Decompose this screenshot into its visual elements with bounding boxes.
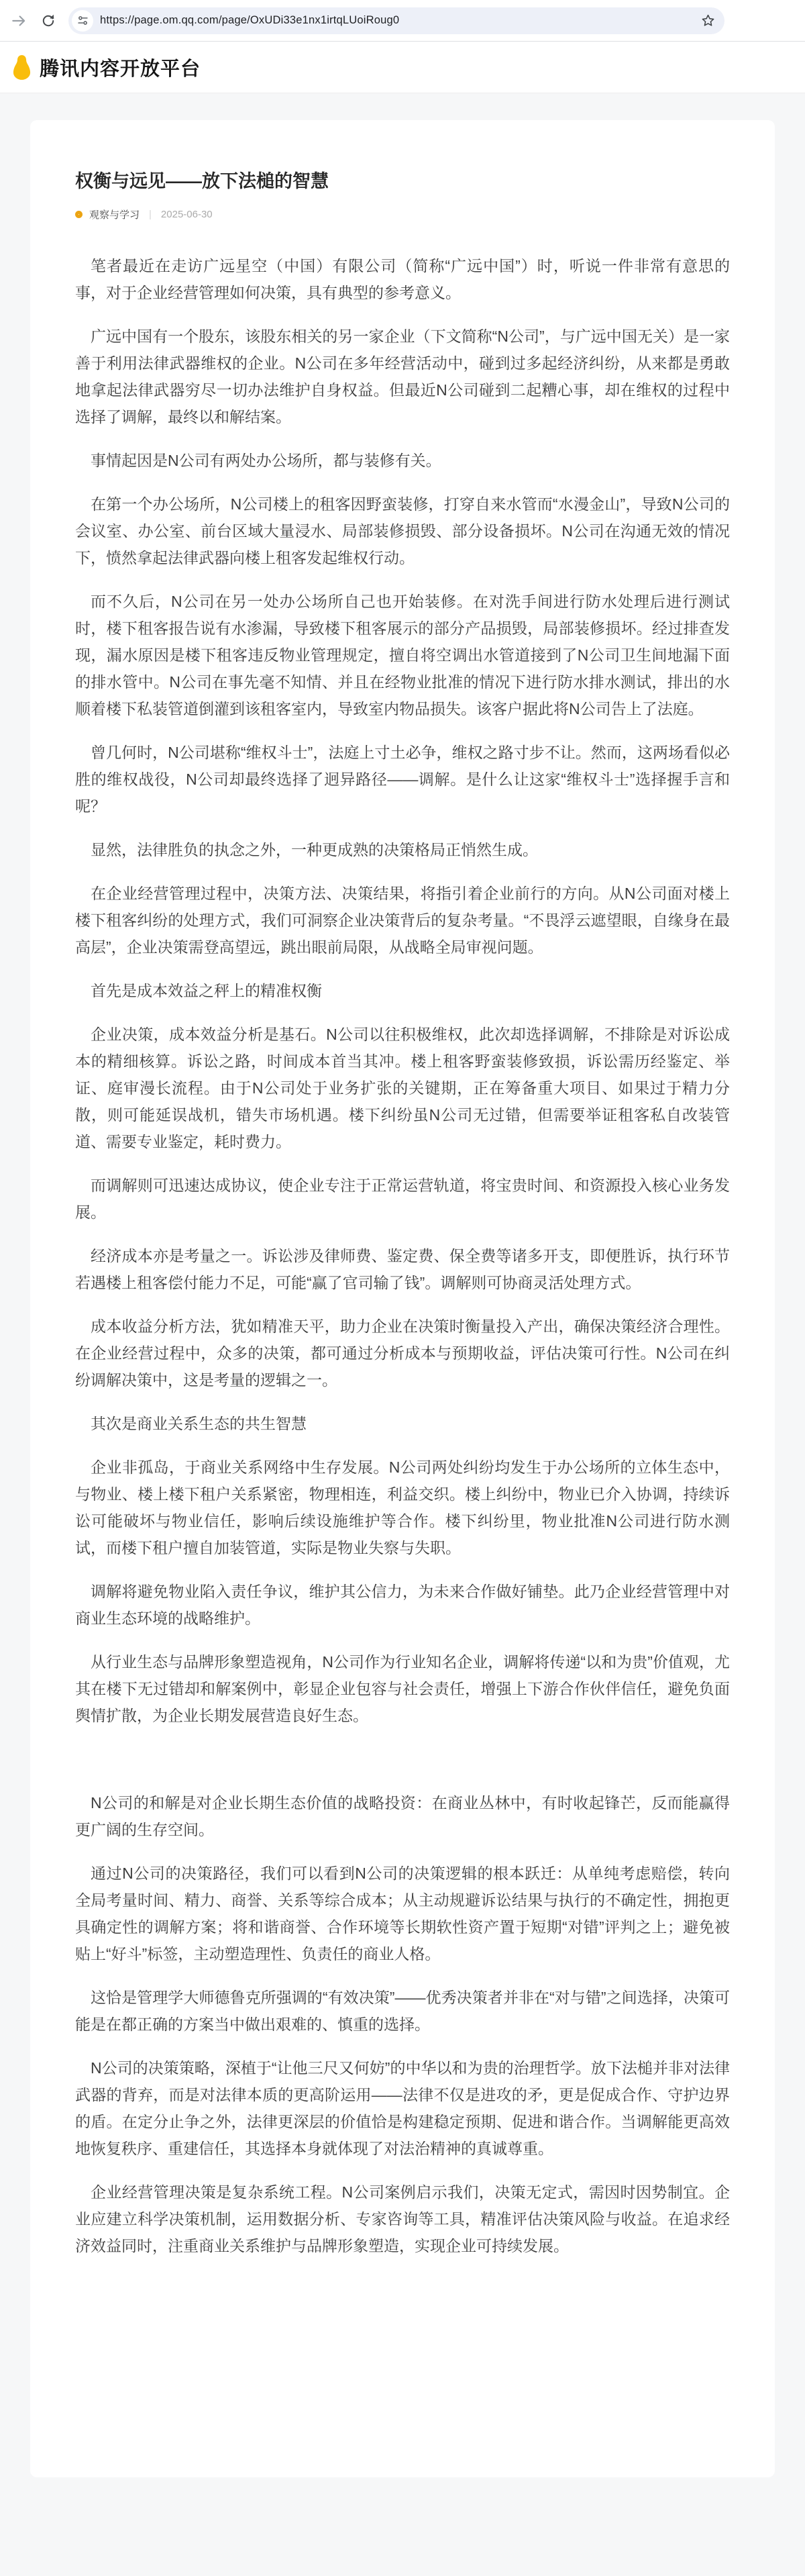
author-name: 观察与学习 bbox=[89, 207, 140, 221]
article-title: 权衡与远见——放下法槌的智慧 bbox=[75, 170, 730, 193]
byline: 观察与学习 | 2025-06-30 bbox=[75, 207, 730, 221]
reload-button[interactable] bbox=[39, 11, 58, 30]
site-info-icon bbox=[77, 15, 89, 26]
article-paragraph: 企业非孤岛，于商业关系网络中生存发展。N公司两处纠纷均发生于办公场所的立体生态中… bbox=[75, 1454, 730, 1561]
article-card: 权衡与远见——放下法槌的智慧 观察与学习 | 2025-06-30 笔者最近在走… bbox=[30, 120, 775, 2477]
article-paragraph: 调解将避免物业陷入责任争议，维护其公信力，为未来合作做好铺垫。此乃企业经营管理中… bbox=[75, 1578, 730, 1632]
article-paragraph: 在第一个办公场所，N公司楼上的租客因野蛮装修，打穿自来水管而“水漫金山”，导致N… bbox=[75, 491, 730, 571]
site-info-button[interactable] bbox=[72, 10, 93, 32]
star-icon bbox=[700, 13, 716, 28]
article-paragraph: 经济成本亦是考量之一。诉讼涉及律师费、鉴定费、保全费等诸多开支，即便胜诉，执行环… bbox=[75, 1242, 730, 1296]
article-paragraph: 曾几何时，N公司堪称“维权斗士”，法庭上寸土必争，维权之路寸步不让。然而，这两场… bbox=[75, 739, 730, 820]
article-paragraph: 从行业生态与品牌形象塑造视角，N公司作为行业知名企业，调解将传递“以和为贵”价值… bbox=[75, 1648, 730, 1729]
article-paragraph: 成本收益分析方法，犹如精准天平，助力企业在决策时衡量投入产出，确保决策经济合理性… bbox=[75, 1313, 730, 1393]
article-paragraph: 首先是成本效益之秤上的精准权衡 bbox=[75, 977, 730, 1004]
article-paragraph: N公司的决策策略，深植于“让他三尺又何妨”的中华以和为贵的治理哲学。放下法槌并非… bbox=[75, 2054, 730, 2162]
penguin-logo-icon bbox=[12, 54, 32, 81]
article-paragraph: 这恰是管理学大师德鲁克所强调的“有效决策”——优秀决策者并非在“对与错”之间选择… bbox=[75, 1984, 730, 2038]
url-bar[interactable]: https://page.om.qq.com/page/OxUDi33e1nx1… bbox=[68, 7, 724, 34]
page-background: 权衡与远见——放下法槌的智慧 观察与学习 | 2025-06-30 笔者最近在走… bbox=[0, 93, 805, 2477]
article-paragraph: 事情起因是N公司有两处办公场所，都与装修有关。 bbox=[75, 447, 730, 474]
brand-name: 腾讯内容开放平台 bbox=[40, 54, 201, 81]
author-avatar bbox=[75, 211, 83, 218]
article-body: 笔者最近在走访广远星空（中国）有限公司（简称“广远中国”）时，听说一件非常有意思… bbox=[75, 252, 730, 2259]
article-paragraph: N公司的和解是对企业长期生态价值的战略投资：在商业丛林中，有时收起锋芒，反而能赢… bbox=[75, 1789, 730, 1843]
byline-divider: | bbox=[149, 209, 152, 220]
article-paragraph: 企业决策，成本效益分析是基石。N公司以往积极维权，此次却选择调解，不排除是对诉讼… bbox=[75, 1021, 730, 1155]
forward-arrow-icon bbox=[10, 12, 28, 30]
publish-date: 2025-06-30 bbox=[161, 209, 213, 220]
forward-button[interactable] bbox=[9, 11, 28, 30]
article-paragraph: 而调解则可迅速达成协议，使企业专注于正常运营轨道，将宝贵时间、和资源投入核心业务… bbox=[75, 1172, 730, 1226]
browser-toolbar: https://page.om.qq.com/page/OxUDi33e1nx1… bbox=[0, 0, 805, 42]
article-paragraph: 广远中国有一个股东，该股东相关的另一家企业（下文简称“N公司”，与广远中国无关）… bbox=[75, 323, 730, 430]
article-paragraph: 在企业经营管理过程中，决策方法、决策结果，将指引着企业前行的方向。从N公司面对楼… bbox=[75, 880, 730, 960]
reload-icon bbox=[40, 13, 56, 29]
article-paragraph-spacer bbox=[75, 1746, 730, 1773]
article-paragraph: 显然，法律胜负的执念之外，一种更成熟的决策格局正悄然生成。 bbox=[75, 836, 730, 863]
bookmark-button[interactable] bbox=[699, 12, 716, 30]
article-paragraph: 而不久后，N公司在另一处办公场所自己也开始装修。在对洗手间进行防水处理后进行测试… bbox=[75, 588, 730, 722]
article-paragraph: 企业经营管理决策是复杂系统工程。N公司案例启示我们，决策无定式，需因时因势制宜。… bbox=[75, 2179, 730, 2259]
article-paragraph: 其次是商业关系生态的共生智慧 bbox=[75, 1410, 730, 1437]
brand-home-link[interactable]: 腾讯内容开放平台 bbox=[12, 54, 201, 81]
article-paragraph: 通过N公司的决策路径，我们可以看到N公司的决策逻辑的根本跃迁：从单纯考虑赔偿，转… bbox=[75, 1860, 730, 1967]
article-paragraph: 笔者最近在走访广远星空（中国）有限公司（简称“广远中国”）时，听说一件非常有意思… bbox=[75, 252, 730, 306]
url-text: https://page.om.qq.com/page/OxUDi33e1nx1… bbox=[100, 14, 699, 27]
site-header: 腾讯内容开放平台 bbox=[0, 42, 805, 93]
